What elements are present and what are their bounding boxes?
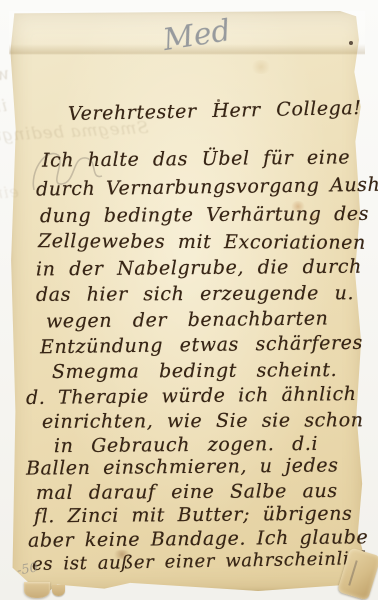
tape-fragment-bottom-left xyxy=(24,582,50,598)
smudge-stain xyxy=(112,550,132,559)
rust-stain xyxy=(290,201,306,212)
rust-stain xyxy=(309,213,319,221)
foxing-stain xyxy=(250,60,272,74)
handwriting-line-14: mal darauf eine Salbe aus xyxy=(36,480,338,504)
ink-dot xyxy=(217,99,220,102)
handwriting-line-16: aber keine Bandage. Ich glaube xyxy=(28,526,369,552)
letter-scan: Med wegen der benachbarten in der Nabelg… xyxy=(0,0,378,600)
handwriting-line-9: Smegma bedingt scheint. xyxy=(52,359,337,383)
handwriting-line-7: wegen der benachbarten xyxy=(46,308,329,333)
handwriting-line-11: einrichten, wie Sie sie schon xyxy=(42,409,364,433)
handwriting-line-5: in der Nabelgrube, die durch xyxy=(36,256,362,281)
handwriting-line-13: Ballen einschmieren, u jedes xyxy=(26,454,339,479)
handwriting-line-4: Zellgewebes mit Excoriationen xyxy=(38,230,366,254)
handwriting-line-10: d. Therapie würde ich ähnlich xyxy=(26,383,357,409)
handwriting-line-1: Ich halte das Übel für eine xyxy=(42,146,350,171)
handwriting-line-3: dung bedingte Verhärtung des xyxy=(40,203,369,227)
fly-speck xyxy=(349,41,353,45)
handwriting-line-8: Entzündung etwas schärferes xyxy=(40,332,363,359)
handwriting-line-2: durch Vernarbungsvorgang Aushei xyxy=(36,173,378,200)
tape-fragment-bottom-left-small xyxy=(52,585,65,596)
handwriting-line-12: in Gebrauch zogen. d.i xyxy=(54,433,318,457)
handwriting-line-6: das hier sich erzeugende u. xyxy=(36,282,354,306)
handwriting-line-15: fl. Zinci mit Butter; übrigens xyxy=(34,503,353,528)
